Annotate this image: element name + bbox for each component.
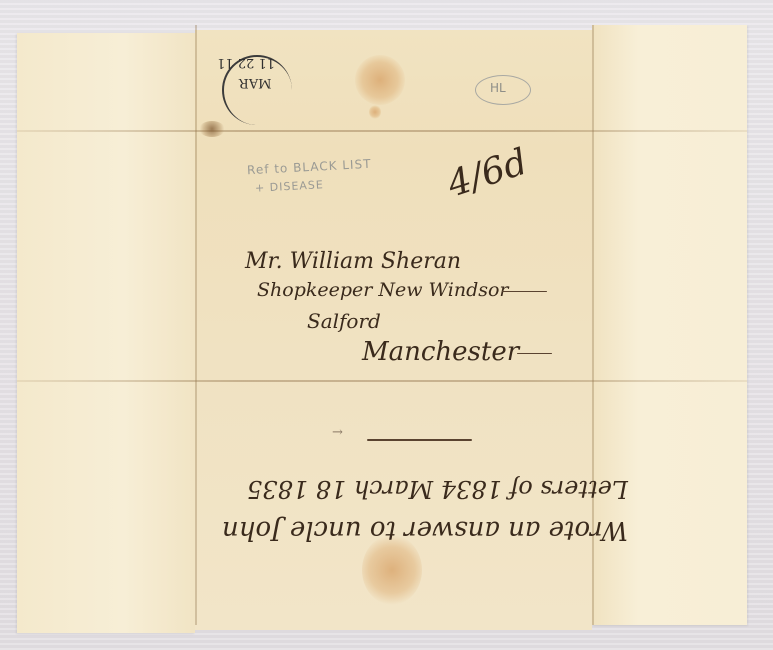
underline-stroke [502,291,547,292]
wax-seal-stain-top [355,55,405,105]
docket-line-dates: Letters of 1834 March 18 1835 [247,475,628,503]
city-flourish [517,353,552,354]
dark-stain-corner [199,121,225,137]
address-line-occupation: Shopkeeper New Windsor [257,279,509,301]
address-line-town: Salford [307,309,381,333]
postmark-date: 11 22 11 [217,55,275,70]
address-line-name: Mr. William Sheran [245,249,461,274]
ink-stroke [367,439,472,441]
fold-line-left [195,25,197,625]
folded-letter: 11 22 11 MAR HL Ref to BLACK LIST + DISE… [17,25,757,635]
wax-seal-stain-bottom [362,535,422,605]
fold-line-top [17,130,747,132]
archival-mark: HL [475,75,531,105]
fold-line-middle [17,380,747,382]
arrow-mark: → [332,425,343,440]
address-line-city: Manchester [362,337,519,367]
small-stain [369,105,381,119]
docket-line-answer: Wrote an answer to uncle John [222,515,628,545]
left-flap [17,33,195,633]
postmark-month: MAR [239,75,272,90]
